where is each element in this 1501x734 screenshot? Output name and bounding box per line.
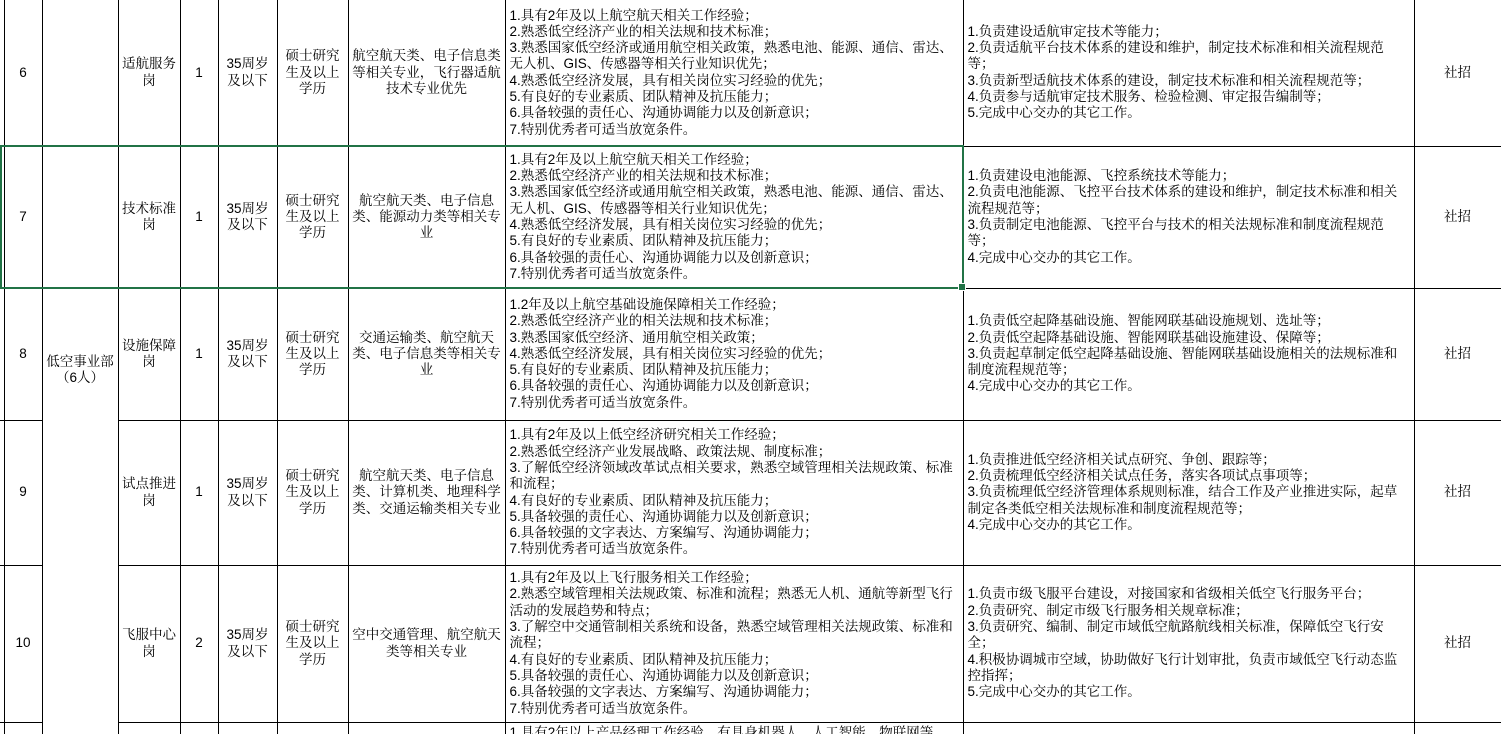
row-number-cell[interactable]: 8 bbox=[4, 288, 42, 420]
headcount-cell[interactable]: 1 bbox=[180, 146, 218, 288]
requirements-cell[interactable]: 1.具有2年以上产品经理工作经验，有具身机器人、人工智能、物联网等 bbox=[505, 722, 963, 734]
major-cell[interactable]: 航空航天类、电子信息类、计算机类、地理科学类、交通运输类相关专业 bbox=[348, 420, 505, 565]
responsibilities-cell[interactable]: 1.负责市级飞服平台建设，对接国家和省级相关低空飞行服务平台； 2.负责研究、制… bbox=[963, 565, 1414, 722]
selection-fill-handle-icon[interactable] bbox=[958, 283, 966, 291]
major-cell[interactable]: 航空航天类、电子信息类、能源动力类等相关专业 bbox=[348, 146, 505, 288]
requirements-cell[interactable]: 1.具有2年及以上飞行服务相关工作经验； 2.熟悉空域管理相关法规政策、标准和流… bbox=[505, 565, 963, 722]
education-cell[interactable]: 硕士研究生及以上学历 bbox=[277, 288, 348, 420]
requirements-cell[interactable]: 1.2年及以上航空基础设施保障相关工作经验； 2.熟悉低空经济产业的相关法规和技… bbox=[505, 288, 963, 420]
recruit-type-cell[interactable]: 社招 bbox=[1414, 420, 1501, 565]
position-cell[interactable]: 适航服务岗 bbox=[118, 0, 180, 146]
age-cell[interactable]: 35周岁及以下 bbox=[218, 0, 277, 146]
table-row: 7 技术标准岗 1 35周岁及以下 硕士研究生及以上学历 航空航天类、电子信息类… bbox=[0, 146, 1501, 288]
headcount-cell[interactable]: 1 bbox=[180, 288, 218, 420]
position-cell[interactable]: 试点推进岗 bbox=[118, 420, 180, 565]
table-row: 9 试点推进岗 1 35周岁及以下 硕士研究生及以上学历 航空航天类、电子信息类… bbox=[0, 420, 1501, 565]
position-cell[interactable]: 技术标准岗 bbox=[118, 146, 180, 288]
major-cell[interactable]: 交通运输类、航空航天类、电子信息类等相关专业 bbox=[348, 288, 505, 420]
position-cell[interactable]: 飞服中心岗 bbox=[118, 565, 180, 722]
row-number-cell[interactable] bbox=[4, 722, 42, 734]
responsibilities-cell[interactable] bbox=[963, 722, 1414, 734]
table-row: 6 低空事业部（6人） 适航服务岗 1 35周岁及以下 硕士研究生及以上学历 航… bbox=[0, 0, 1501, 146]
responsibilities-cell[interactable]: 1.负责低空起降基础设施、智能网联基础设施规划、选址等； 2.负责低空起降基础设… bbox=[963, 288, 1414, 420]
responsibilities-cell[interactable]: 1.负责推进低空经济相关试点研究、争创、跟踪等； 2.负责梳理低空经济相关试点任… bbox=[963, 420, 1414, 565]
headcount-cell[interactable]: 2 bbox=[180, 565, 218, 722]
major-cell[interactable] bbox=[348, 722, 505, 734]
education-cell[interactable]: 硕士研究生及以上学历 bbox=[277, 0, 348, 146]
requirements-cell[interactable]: 1.具有2年及以上低空经济研究相关工作经验； 2.熟悉低空经济产业发展战略、政策… bbox=[505, 420, 963, 565]
table-row-partial: 1.具有2年以上产品经理工作经验，有具身机器人、人工智能、物联网等 bbox=[0, 722, 1501, 734]
spreadsheet-viewport: 6 低空事业部（6人） 适航服务岗 1 35周岁及以下 硕士研究生及以上学历 航… bbox=[0, 0, 1501, 734]
table-row: 10 飞服中心岗 2 35周岁及以下 硕士研究生及以上学历 空中交通管理、航空航… bbox=[0, 565, 1501, 722]
headcount-cell[interactable]: 1 bbox=[180, 420, 218, 565]
recruit-type-cell[interactable]: 社招 bbox=[1414, 146, 1501, 288]
row-number-cell[interactable]: 10 bbox=[4, 565, 42, 722]
headcount-cell[interactable]: 1 bbox=[180, 0, 218, 146]
age-cell[interactable] bbox=[218, 722, 277, 734]
row-number-cell[interactable]: 6 bbox=[4, 0, 42, 146]
age-cell[interactable]: 35周岁及以下 bbox=[218, 565, 277, 722]
requirements-cell[interactable]: 1.具有2年及以上航空航天相关工作经验； 2.熟悉低空经济产业的相关法规和技术标… bbox=[505, 0, 963, 146]
recruit-type-cell[interactable]: 社招 bbox=[1414, 288, 1501, 420]
recruitment-table: 6 低空事业部（6人） 适航服务岗 1 35周岁及以下 硕士研究生及以上学历 航… bbox=[0, 0, 1501, 734]
education-cell[interactable]: 硕士研究生及以上学历 bbox=[277, 420, 348, 565]
recruit-type-cell[interactable] bbox=[1414, 722, 1501, 734]
education-cell[interactable] bbox=[277, 722, 348, 734]
recruit-type-cell[interactable]: 社招 bbox=[1414, 565, 1501, 722]
department-cell[interactable]: 低空事业部（6人） bbox=[42, 0, 118, 734]
education-cell[interactable]: 硕士研究生及以上学历 bbox=[277, 565, 348, 722]
table-row: 8 设施保障岗 1 35周岁及以下 硕士研究生及以上学历 交通运输类、航空航天类… bbox=[0, 288, 1501, 420]
major-cell[interactable]: 空中交通管理、航空航天类等相关专业 bbox=[348, 565, 505, 722]
age-cell[interactable]: 35周岁及以下 bbox=[218, 420, 277, 565]
position-cell[interactable]: 设施保障岗 bbox=[118, 288, 180, 420]
responsibilities-cell[interactable]: 1.负责建设电池能源、飞控系统技术等能力； 2.负责电池能源、飞控平台技术体系的… bbox=[963, 146, 1414, 288]
age-cell[interactable]: 35周岁及以下 bbox=[218, 146, 277, 288]
row-number-cell[interactable]: 9 bbox=[4, 420, 42, 565]
age-cell[interactable]: 35周岁及以下 bbox=[218, 288, 277, 420]
headcount-cell[interactable] bbox=[180, 722, 218, 734]
major-cell[interactable]: 航空航天类、电子信息类等相关专业，飞行器适航技术专业优先 bbox=[348, 0, 505, 146]
recruit-type-cell[interactable]: 社招 bbox=[1414, 0, 1501, 146]
position-cell[interactable] bbox=[118, 722, 180, 734]
responsibilities-cell[interactable]: 1.负责建设适航审定技术等能力； 2.负责适航平台技术体系的建设和维护，制定技术… bbox=[963, 0, 1414, 146]
row-number-cell[interactable]: 7 bbox=[4, 146, 42, 288]
education-cell[interactable]: 硕士研究生及以上学历 bbox=[277, 146, 348, 288]
requirements-cell[interactable]: 1.具有2年及以上航空航天相关工作经验； 2.熟悉低空经济产业的相关法规和技术标… bbox=[505, 146, 963, 288]
